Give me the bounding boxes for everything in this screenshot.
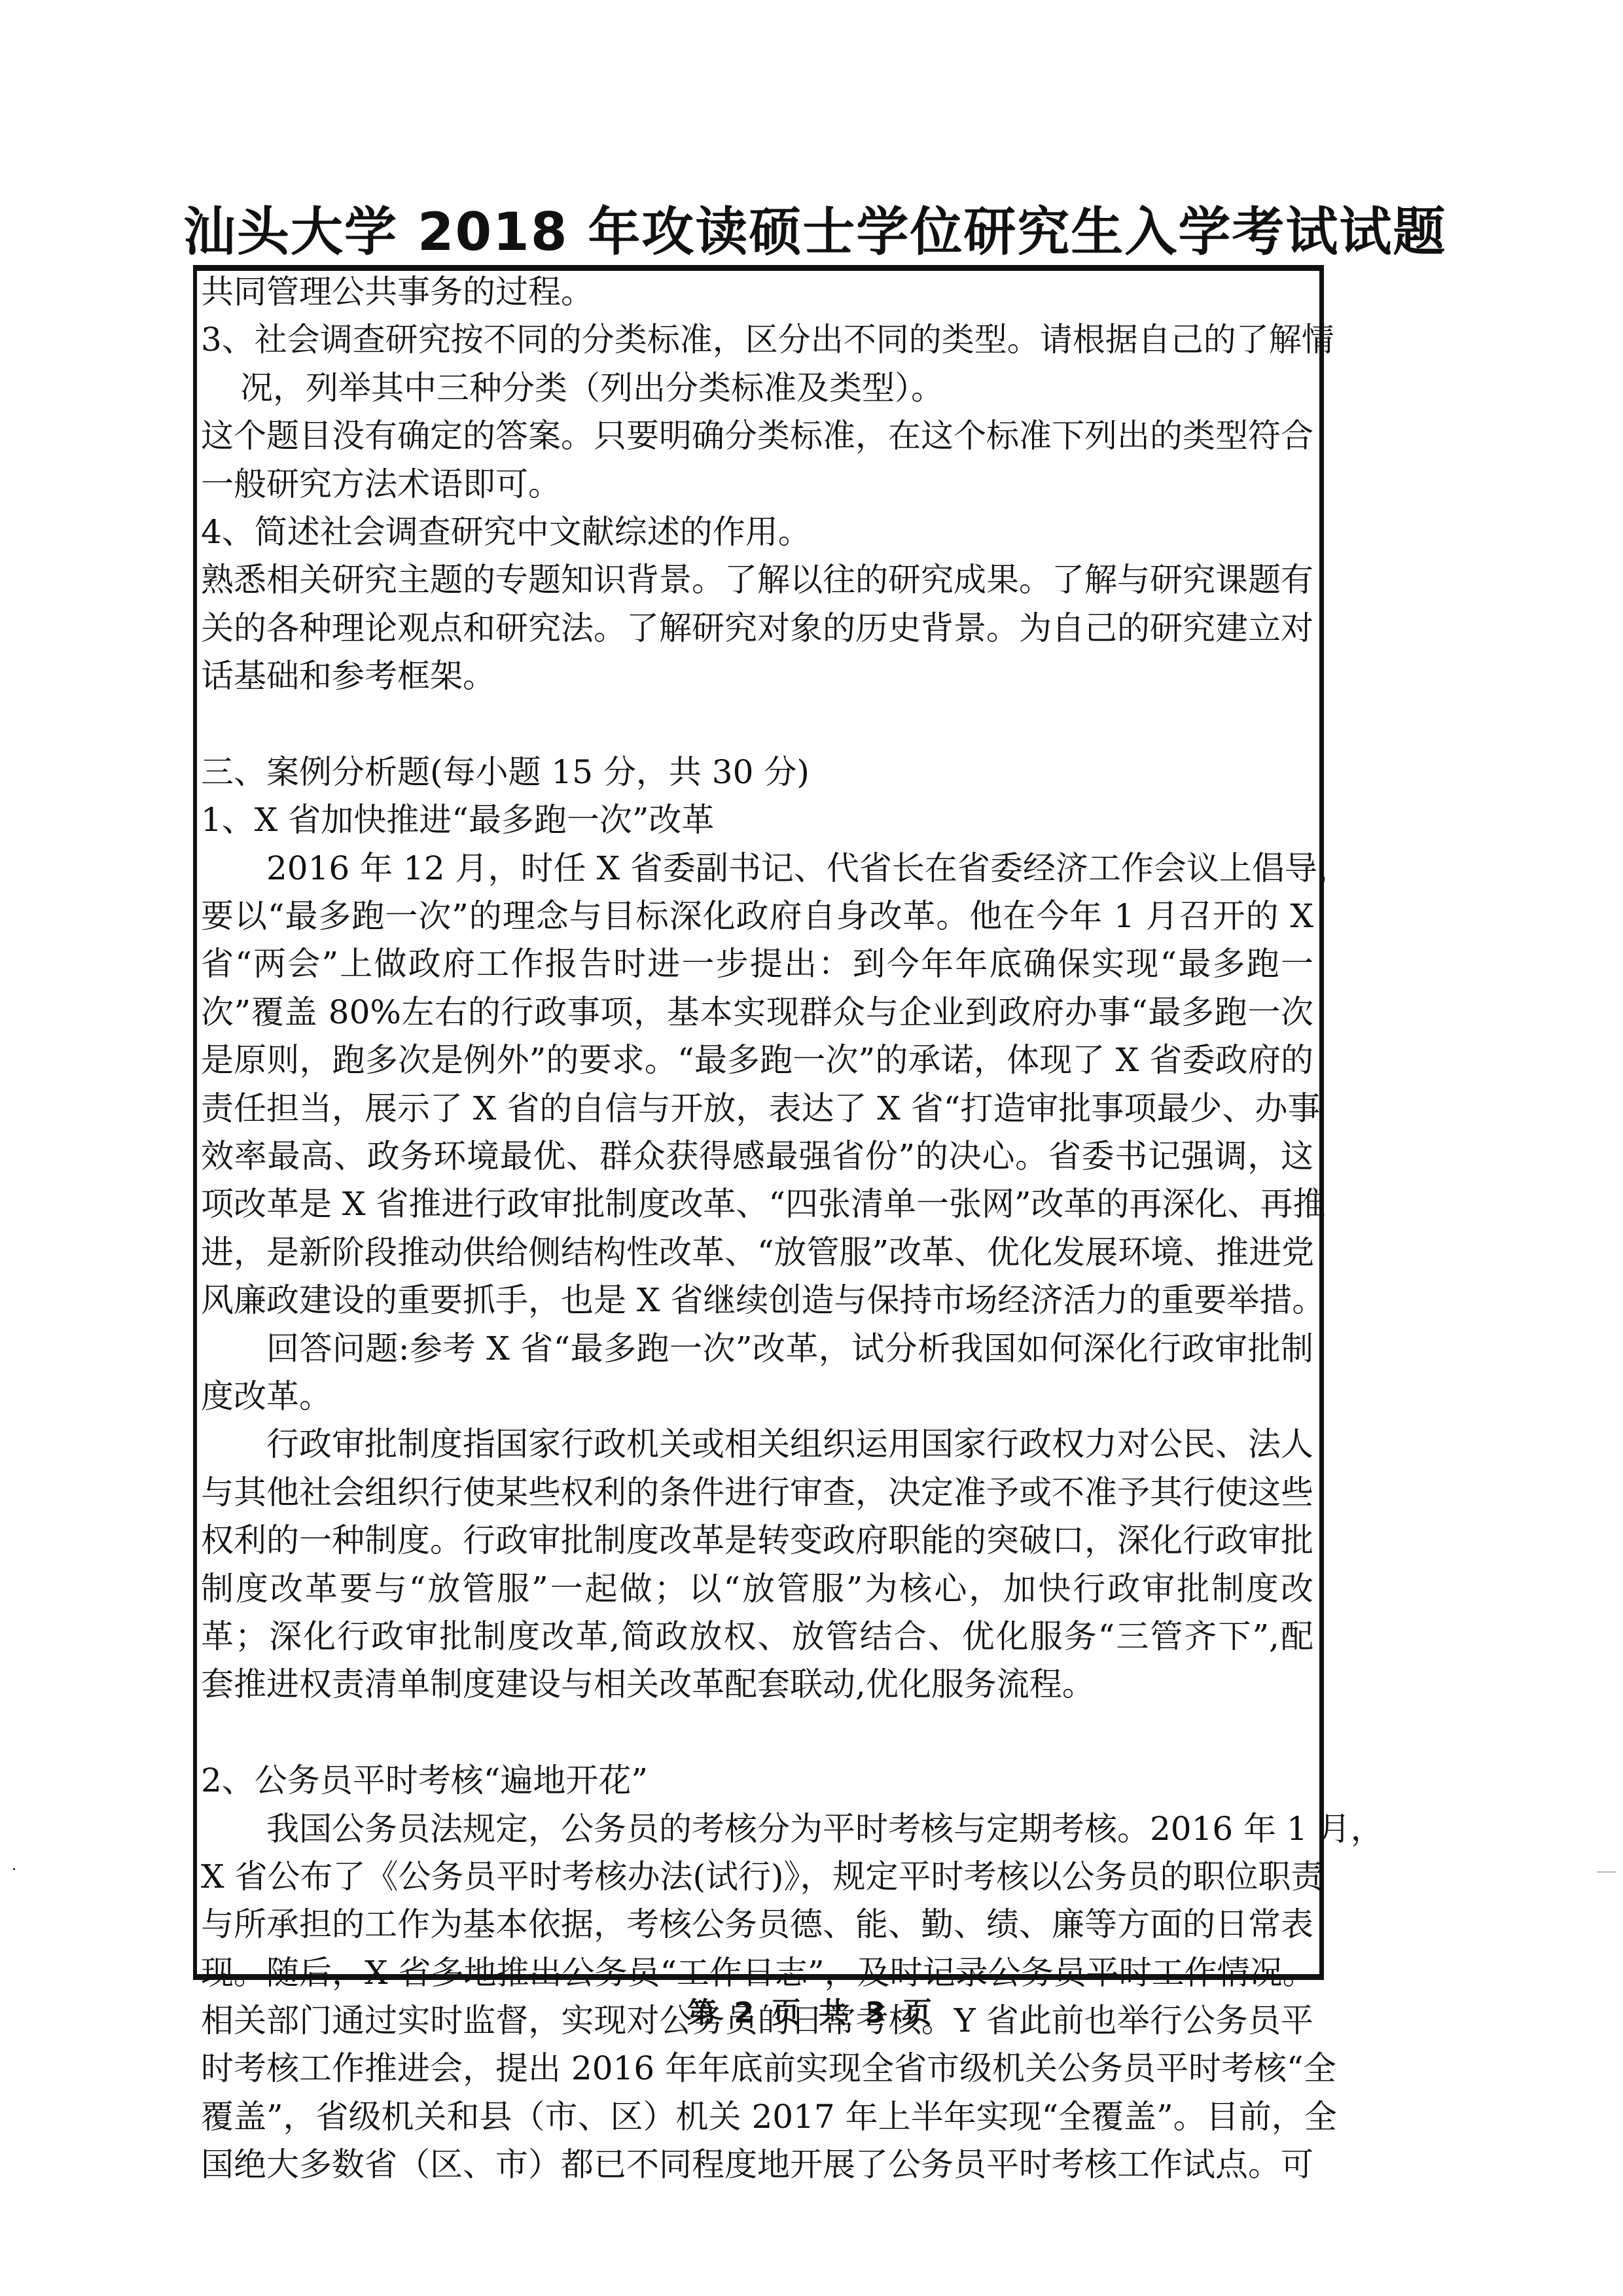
case-2-line: 与所承担的工作为基本依据，考核公务员德、能、勤、绩、廉等方面的日常表 bbox=[201, 1901, 1313, 1949]
case-1-line: 次”覆盖 80%左右的行政事项，基本实现群众与企业到政府办事“最多跑一次 bbox=[201, 989, 1313, 1036]
case-2-line: 我国公务员法规定，公务员的考核分为平时考核与定期考核。2016 年 1 月， bbox=[201, 1805, 1313, 1853]
case-1-line: 要以“最多跑一次”的理念与目标深化政府自身改革。他在今年 1 月召开的 X bbox=[201, 892, 1313, 940]
answer-line: 话基础和参考框架。 bbox=[201, 652, 1313, 700]
case-1-question: 回答问题:参考 X 省“最多跑一次”改革，试分析我国如何深化行政审批制 bbox=[201, 1325, 1313, 1373]
case-1-question: 度改革。 bbox=[201, 1373, 1313, 1421]
case-1-line: 效率最高、政务环境最优、群众获得感最强省份”的决心。省委书记强调，这 bbox=[201, 1133, 1313, 1180]
blank-line bbox=[201, 1709, 1313, 1757]
case-1-line: 责任担当，展示了 X 省的自信与开放，表达了 X 省“打造审批事项最少、办事 bbox=[201, 1085, 1313, 1133]
case-2-line: 国绝大多数省（区、市）都已不同程度地开展了公务员平时考核工作试点。可 bbox=[201, 2141, 1313, 2189]
blank-line bbox=[201, 701, 1313, 749]
exam-body: 共同管理公共事务的过程。 3、社会调查研究按不同的分类标准，区分出不同的类型。请… bbox=[201, 268, 1313, 2189]
answer-line: 关的各种理论观点和研究法。了解研究对象的历史背景。为自己的研究建立对 bbox=[201, 605, 1313, 652]
case-1-answer: 套推进权责清单制度建设与相关改革配套联动,优化服务流程。 bbox=[201, 1661, 1313, 1708]
question-3-line: 况，列举其中三种分类（列出分类标准及类型）。 bbox=[201, 364, 1313, 412]
section-heading: 三、案例分析题(每小题 15 分，共 30 分) bbox=[201, 749, 1313, 796]
question-4-line: 4、简述社会调查研究中文献综述的作用。 bbox=[201, 508, 1313, 556]
case-1-line: 进，是新阶段推动供给侧结构性改革、“放管服”改革、优化发展环境、推进党 bbox=[201, 1229, 1313, 1277]
case-1-line: 风廉政建设的重要抓手，也是 X 省继续创造与保持市场经济活力的重要举措。 bbox=[201, 1277, 1313, 1324]
case-1-answer: 制度改革要与“放管服”一起做；以“放管服”为核心，加快行政审批制度改 bbox=[201, 1565, 1313, 1613]
question-3-line: 3、社会调查研究按不同的分类标准，区分出不同的类型。请根据自己的了解情 bbox=[201, 316, 1313, 364]
case-2-title: 2、公务员平时考核“遍地开花” bbox=[201, 1757, 1313, 1805]
text-line: 共同管理公共事务的过程。 bbox=[201, 268, 1313, 316]
scan-speck bbox=[1597, 1871, 1616, 1873]
answer-line: 熟悉相关研究主题的专题知识背景。了解以往的研究成果。了解与研究课题有 bbox=[201, 556, 1313, 604]
case-1-line: 省“两会”上做政府工作报告时进一步提出：到今年年底确保实现“最多跑一 bbox=[201, 940, 1313, 988]
case-2-line: X 省公布了《公务员平时考核办法(试行)》，规定平时考核以公务员的职位职责 bbox=[201, 1853, 1313, 1901]
answer-line: 一般研究方法术语即可。 bbox=[201, 461, 1313, 508]
case-2-line: 时考核工作推进会，提出 2016 年年底前实现全省市级机关公务员平时考核“全 bbox=[201, 2045, 1313, 2093]
case-1-line: 项改革是 X 省推进行政审批制度改革、“四张清单一张网”改革的再深化、再推 bbox=[201, 1180, 1313, 1228]
case-2-line: 覆盖”，省级机关和县（市、区）机关 2017 年上半年实现“全覆盖”。目前，全 bbox=[201, 2093, 1313, 2141]
scan-speck bbox=[13, 1868, 15, 1870]
exam-title: 汕头大学 2018 年攻读硕士学位研究生入学考试试题 bbox=[183, 196, 1361, 268]
answer-line: 这个题目没有确定的答案。只要明确分类标准，在这个标准下列出的类型符合 bbox=[201, 412, 1313, 460]
case-1-answer: 行政审批制度指国家行政机关或相关组织运用国家行政权力对公民、法人 bbox=[201, 1421, 1313, 1468]
case-1-title: 1、X 省加快推进“最多跑一次”改革 bbox=[201, 796, 1313, 844]
page-number: 第 2 页 共 3 页 bbox=[0, 1989, 1623, 2031]
case-1-line: 是原则，跑多次是例外”的要求。“最多跑一次”的承诺，体现了 X 省委政府的 bbox=[201, 1036, 1313, 1084]
case-1-line: 2016 年 12 月，时任 X 省委副书记、代省长在省委经济工作会议上倡导， bbox=[201, 845, 1313, 892]
case-1-answer: 与其他社会组织行使某些权利的条件进行审查，决定准予或不准予其行使这些 bbox=[201, 1469, 1313, 1517]
case-1-answer: 权利的一种制度。行政审批制度改革是转变政府职能的突破口，深化行政审批 bbox=[201, 1517, 1313, 1564]
case-1-answer: 革；深化行政审批制度改革,简政放权、放管结合、优化服务“三管齐下”,配 bbox=[201, 1613, 1313, 1661]
